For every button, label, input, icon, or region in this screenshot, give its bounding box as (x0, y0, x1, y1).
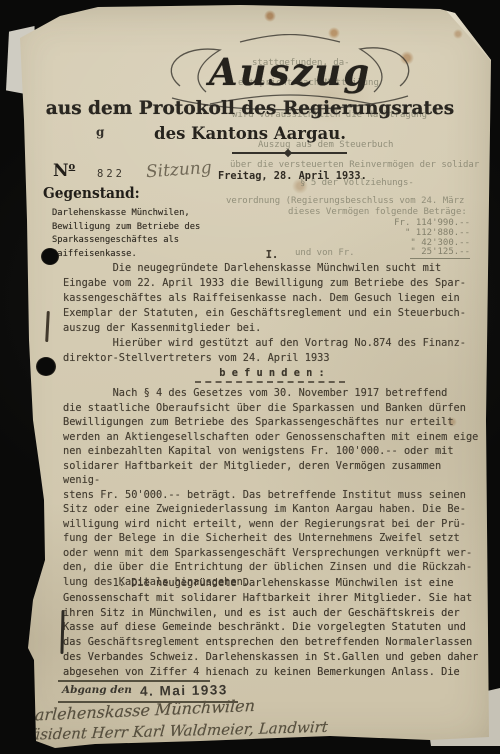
section-numeral: I. (63, 249, 481, 261)
finding-heading: b e f u n d e n : (63, 367, 481, 379)
stray-print-mark: g (96, 125, 104, 139)
scanned-document: stattgefunden, da- entspricht nach Mitte… (0, 0, 500, 754)
abgang-label: Abgang den (62, 684, 132, 696)
session-date: Freitag, 28. April 1933. (218, 170, 367, 182)
abgang-date-stamp: 4. Mai 1933 (140, 682, 228, 699)
stamp-rule-top (58, 680, 210, 682)
paper-slit (45, 311, 49, 342)
body-paragraph-1: Die neugegründete Darlehenskasse Münchwi… (63, 261, 481, 366)
page-fold-corner (443, 7, 492, 62)
document-subtitle-line1: aus dem Protokoll des Regierungsrates (40, 98, 460, 119)
body-paragraph-3: 1. Die neugegründete Darlehenskasse Münc… (63, 576, 481, 680)
finding-underline (195, 381, 345, 383)
bleedthrough-text: über die versteuerten Reinvermögen der s… (230, 160, 479, 170)
protocol-number: 822 (97, 168, 125, 180)
bleedthrough-text: verordnung (Regierungsbeschluss vom 24. … (226, 196, 464, 206)
number-label: No (53, 161, 75, 181)
sitzung-label: Sitzung (145, 158, 212, 183)
gegenstand-label: Gegenstand: (43, 185, 140, 202)
punch-hole-top (41, 248, 59, 265)
ornamental-rule (232, 151, 347, 155)
document-page: stattgefunden, da- entspricht nach Mitte… (0, 0, 500, 754)
body-paragraph-2: Nach § 4 des Gesetzes vom 30. November 1… (63, 386, 481, 589)
punch-hole-bottom (36, 357, 56, 376)
document-title: Auszug (170, 50, 410, 94)
bleedthrough-text: dieses Vermögen folgende Beträge: (288, 207, 467, 217)
